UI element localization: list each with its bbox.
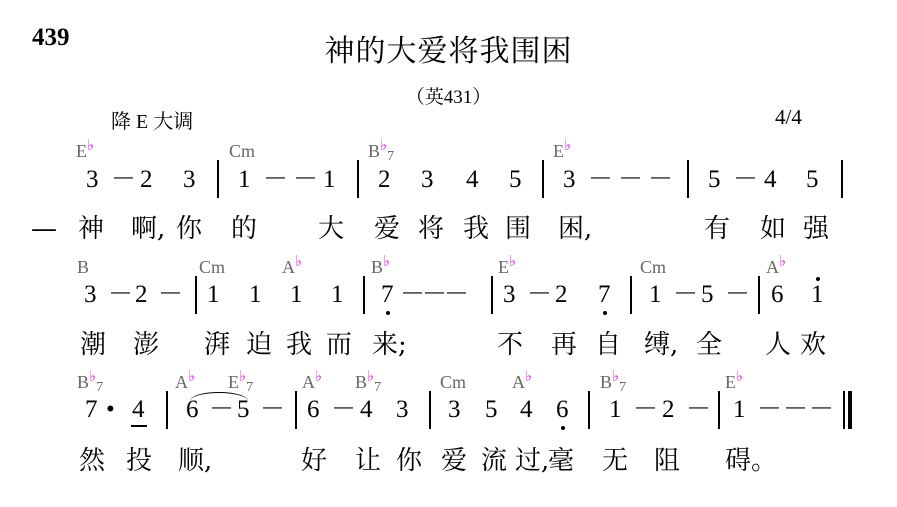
note-extension-dash: － — [757, 396, 782, 424]
lyric-syllable: 人 — [765, 330, 791, 360]
note: 3 — [396, 396, 409, 424]
note: 1 — [733, 396, 746, 424]
lyric-syllable: 全 — [696, 330, 722, 360]
lyric-syllable: 的 — [231, 214, 257, 244]
note: 3 — [84, 281, 97, 309]
note: 1 — [649, 281, 662, 309]
high-octave-dot — [816, 277, 820, 281]
chord-symbol: B — [77, 258, 89, 276]
note: 5 — [806, 166, 819, 194]
chord-symbol: Cm — [229, 142, 255, 160]
barline — [217, 160, 219, 198]
chord-symbol: A♭ — [302, 373, 322, 393]
note-extension-dash: － — [618, 166, 643, 194]
note: 2 — [662, 396, 675, 424]
low-octave-dot — [386, 311, 390, 315]
chord-extension: 7 — [96, 380, 103, 395]
lyric-syllable: 流 — [481, 446, 507, 476]
barline — [542, 160, 544, 198]
barline — [758, 276, 760, 314]
note-extension-dash: － — [673, 281, 698, 309]
note: 6 — [307, 396, 320, 424]
chord-symbol: B♭7 — [355, 373, 381, 394]
note: 7 — [598, 281, 611, 309]
chord-root: E — [498, 257, 509, 277]
lyric-syllable: 我 — [286, 330, 312, 360]
chord-root: A — [302, 372, 315, 392]
note-extension-dash: － — [809, 396, 834, 424]
chord-symbol: B♭7 — [600, 373, 626, 394]
chord-extension: 7 — [374, 380, 381, 395]
note: 2 — [135, 281, 148, 309]
lyric-syllable: 迫 — [246, 330, 272, 360]
note-extension-dash: － — [686, 396, 711, 424]
chord-symbol: Cm — [640, 258, 666, 276]
lyric-syllable: 然 — [79, 446, 105, 476]
lyric-syllable: 再 — [551, 330, 577, 360]
barline — [841, 160, 843, 198]
final-barline-thin — [843, 391, 845, 429]
lyric-syllable: 围 — [505, 214, 531, 244]
lyric-syllable: 潮 — [80, 330, 106, 360]
chord-symbol: E♭ — [76, 142, 94, 162]
lyric-syllable: 困, — [558, 214, 592, 244]
chord-extension: 7 — [619, 380, 626, 395]
lyric-syllable: 好 — [301, 446, 327, 476]
lyric-syllable: 毫 — [548, 446, 574, 476]
chord-root: E — [725, 372, 736, 392]
note: • — [106, 396, 115, 424]
final-barline-thick — [848, 391, 852, 429]
note-extension-dash: － — [444, 281, 469, 309]
note: 6 — [771, 281, 784, 309]
chord-root: Cm — [440, 372, 466, 392]
note: 5 — [485, 396, 498, 424]
chord-symbol: B♭7 — [77, 373, 103, 394]
note-extension-dash: － — [111, 166, 136, 194]
lyric-syllable: 强 — [803, 214, 829, 244]
note: 4 — [764, 166, 777, 194]
flat-icon: ♭ — [383, 254, 390, 270]
lyric-syllable: 你 — [176, 214, 202, 244]
chord-symbol: B♭7 — [368, 142, 394, 163]
lyric-syllable: 啊, — [131, 214, 165, 244]
barline — [357, 160, 359, 198]
flat-icon: ♭ — [188, 369, 195, 385]
note: 5 — [701, 281, 714, 309]
lyric-syllable: 缚, — [644, 330, 678, 360]
barline — [429, 391, 431, 429]
flat-icon: ♭ — [87, 138, 94, 154]
barline — [687, 160, 689, 198]
barline — [295, 391, 297, 429]
chord-root: Cm — [640, 257, 666, 277]
lyric-syllable: 我 — [463, 214, 489, 244]
note: 4 — [466, 166, 479, 194]
lyric-syllable: 湃 — [204, 330, 230, 360]
flat-icon: ♭ — [509, 254, 516, 270]
note-extension-dash: － — [648, 166, 673, 194]
note-extension-dash: － — [158, 281, 183, 309]
lyric-syllable: 过, — [515, 446, 549, 476]
lyric-syllable: 来; — [372, 330, 407, 360]
chord-root: B — [368, 141, 380, 161]
chord-symbol: A♭ — [766, 258, 786, 278]
note-extension-dash: － — [108, 281, 133, 309]
note: 1 — [331, 281, 344, 309]
lyric-syllable: 自 — [595, 330, 621, 360]
chord-symbol: A♭ — [175, 373, 195, 393]
lyric-syllable: 而 — [326, 330, 352, 360]
note-extension-dash: － — [331, 396, 356, 424]
lyric-syllable: 将 — [418, 214, 444, 244]
note: 3 — [421, 166, 434, 194]
note: 2 — [378, 166, 391, 194]
note: 4 — [520, 396, 533, 424]
chord-root: Cm — [229, 141, 255, 161]
note: 1 — [290, 281, 303, 309]
chord-extension: 7 — [246, 380, 253, 395]
lyric-syllable: 顺, — [178, 446, 212, 476]
note: 3 — [563, 166, 576, 194]
low-octave-dot — [561, 426, 565, 430]
lyric-syllable: — — [31, 214, 57, 244]
chord-symbol: Cm — [440, 373, 466, 391]
barline — [166, 391, 168, 429]
chord-symbol: A♭ — [512, 373, 532, 393]
note: 3 — [448, 396, 461, 424]
lyric-syllable: 欢 — [800, 330, 826, 360]
flat-icon: ♭ — [315, 369, 322, 385]
note: 1 — [323, 166, 336, 194]
lyric-syllable: 有 — [704, 214, 730, 244]
note-extension-dash: － — [725, 281, 750, 309]
chord-symbol: E♭7 — [228, 373, 253, 394]
note-extension-dash: － — [263, 166, 288, 194]
lyric-syllable: 澎 — [133, 330, 159, 360]
note: 1 — [207, 281, 220, 309]
chord-root: Cm — [199, 257, 225, 277]
chord-symbol: B♭ — [371, 258, 390, 278]
barline — [718, 391, 720, 429]
chord-root: B — [77, 372, 89, 392]
chord-root: E — [553, 141, 564, 161]
flat-icon: ♭ — [564, 138, 571, 154]
chord-extension: 7 — [387, 149, 394, 164]
lyric-syllable: 你 — [396, 446, 422, 476]
barline — [491, 276, 493, 314]
note-extension-dash: － — [527, 281, 552, 309]
lyric-syllable: 投 — [126, 446, 152, 476]
note-extension-dash: － — [733, 166, 758, 194]
note: 3 — [183, 166, 196, 194]
lyric-syllable: 无 — [602, 446, 628, 476]
chord-symbol: E♭ — [725, 373, 743, 393]
note-extension-dash: － — [260, 396, 285, 424]
chord-root: B — [600, 372, 612, 392]
low-octave-dot — [603, 311, 607, 315]
note-extension-dash: － — [293, 166, 318, 194]
barline — [195, 276, 197, 314]
lyric-syllable: 如 — [760, 214, 786, 244]
chord-root: A — [175, 372, 188, 392]
lyric-syllable: 神 — [78, 214, 104, 244]
chord-symbol: Cm — [199, 258, 225, 276]
note: 1 — [238, 166, 251, 194]
note: 1 — [249, 281, 262, 309]
chord-symbol: E♭ — [553, 142, 571, 162]
note: 3 — [86, 166, 99, 194]
note: 2 — [555, 281, 568, 309]
chord-symbol: A♭ — [282, 258, 302, 278]
flat-icon: ♭ — [736, 369, 743, 385]
lyric-syllable: 爱 — [374, 214, 400, 244]
barline — [630, 276, 632, 314]
chord-symbol: E♭ — [498, 258, 516, 278]
lyric-syllable: 让 — [355, 446, 381, 476]
note-extension-dash: － — [588, 166, 613, 194]
chord-root: B — [355, 372, 367, 392]
lyric-syllable: 爱 — [441, 446, 467, 476]
flat-icon: ♭ — [525, 369, 532, 385]
chord-root: A — [766, 257, 779, 277]
lyric-syllable: 大 — [318, 214, 344, 244]
key-signature: 降 E 大调 — [111, 105, 193, 134]
flat-icon: ♭ — [779, 254, 786, 270]
chord-root: B — [77, 257, 89, 277]
lyric-syllable: 不 — [497, 330, 523, 360]
note-extension-dash: － — [633, 396, 658, 424]
chord-root: E — [228, 372, 239, 392]
page-title: 神的大爱将我围困 — [0, 26, 897, 70]
note-extension-dash: － — [783, 396, 808, 424]
note: 2 — [140, 166, 153, 194]
note: 7 — [381, 281, 394, 309]
barline — [363, 276, 365, 314]
note: 1 — [811, 281, 824, 309]
lyric-syllable: 碍。 — [725, 446, 777, 476]
chord-root: A — [512, 372, 525, 392]
note: 7 — [85, 396, 98, 424]
eighth-note-underline — [131, 425, 147, 427]
chord-root: E — [76, 141, 87, 161]
chord-root: B — [371, 257, 383, 277]
note: 4 — [360, 396, 373, 424]
note: 1 — [609, 396, 622, 424]
note: 3 — [503, 281, 516, 309]
barline — [588, 391, 590, 429]
flat-icon: ♭ — [295, 254, 302, 270]
chord-root: A — [282, 257, 295, 277]
time-signature: 4/4 — [775, 105, 802, 130]
lyric-syllable: 阻 — [654, 446, 680, 476]
note: 5 — [708, 166, 721, 194]
note: 4 — [132, 396, 145, 424]
note: 6 — [556, 396, 569, 424]
note: 5 — [509, 166, 522, 194]
